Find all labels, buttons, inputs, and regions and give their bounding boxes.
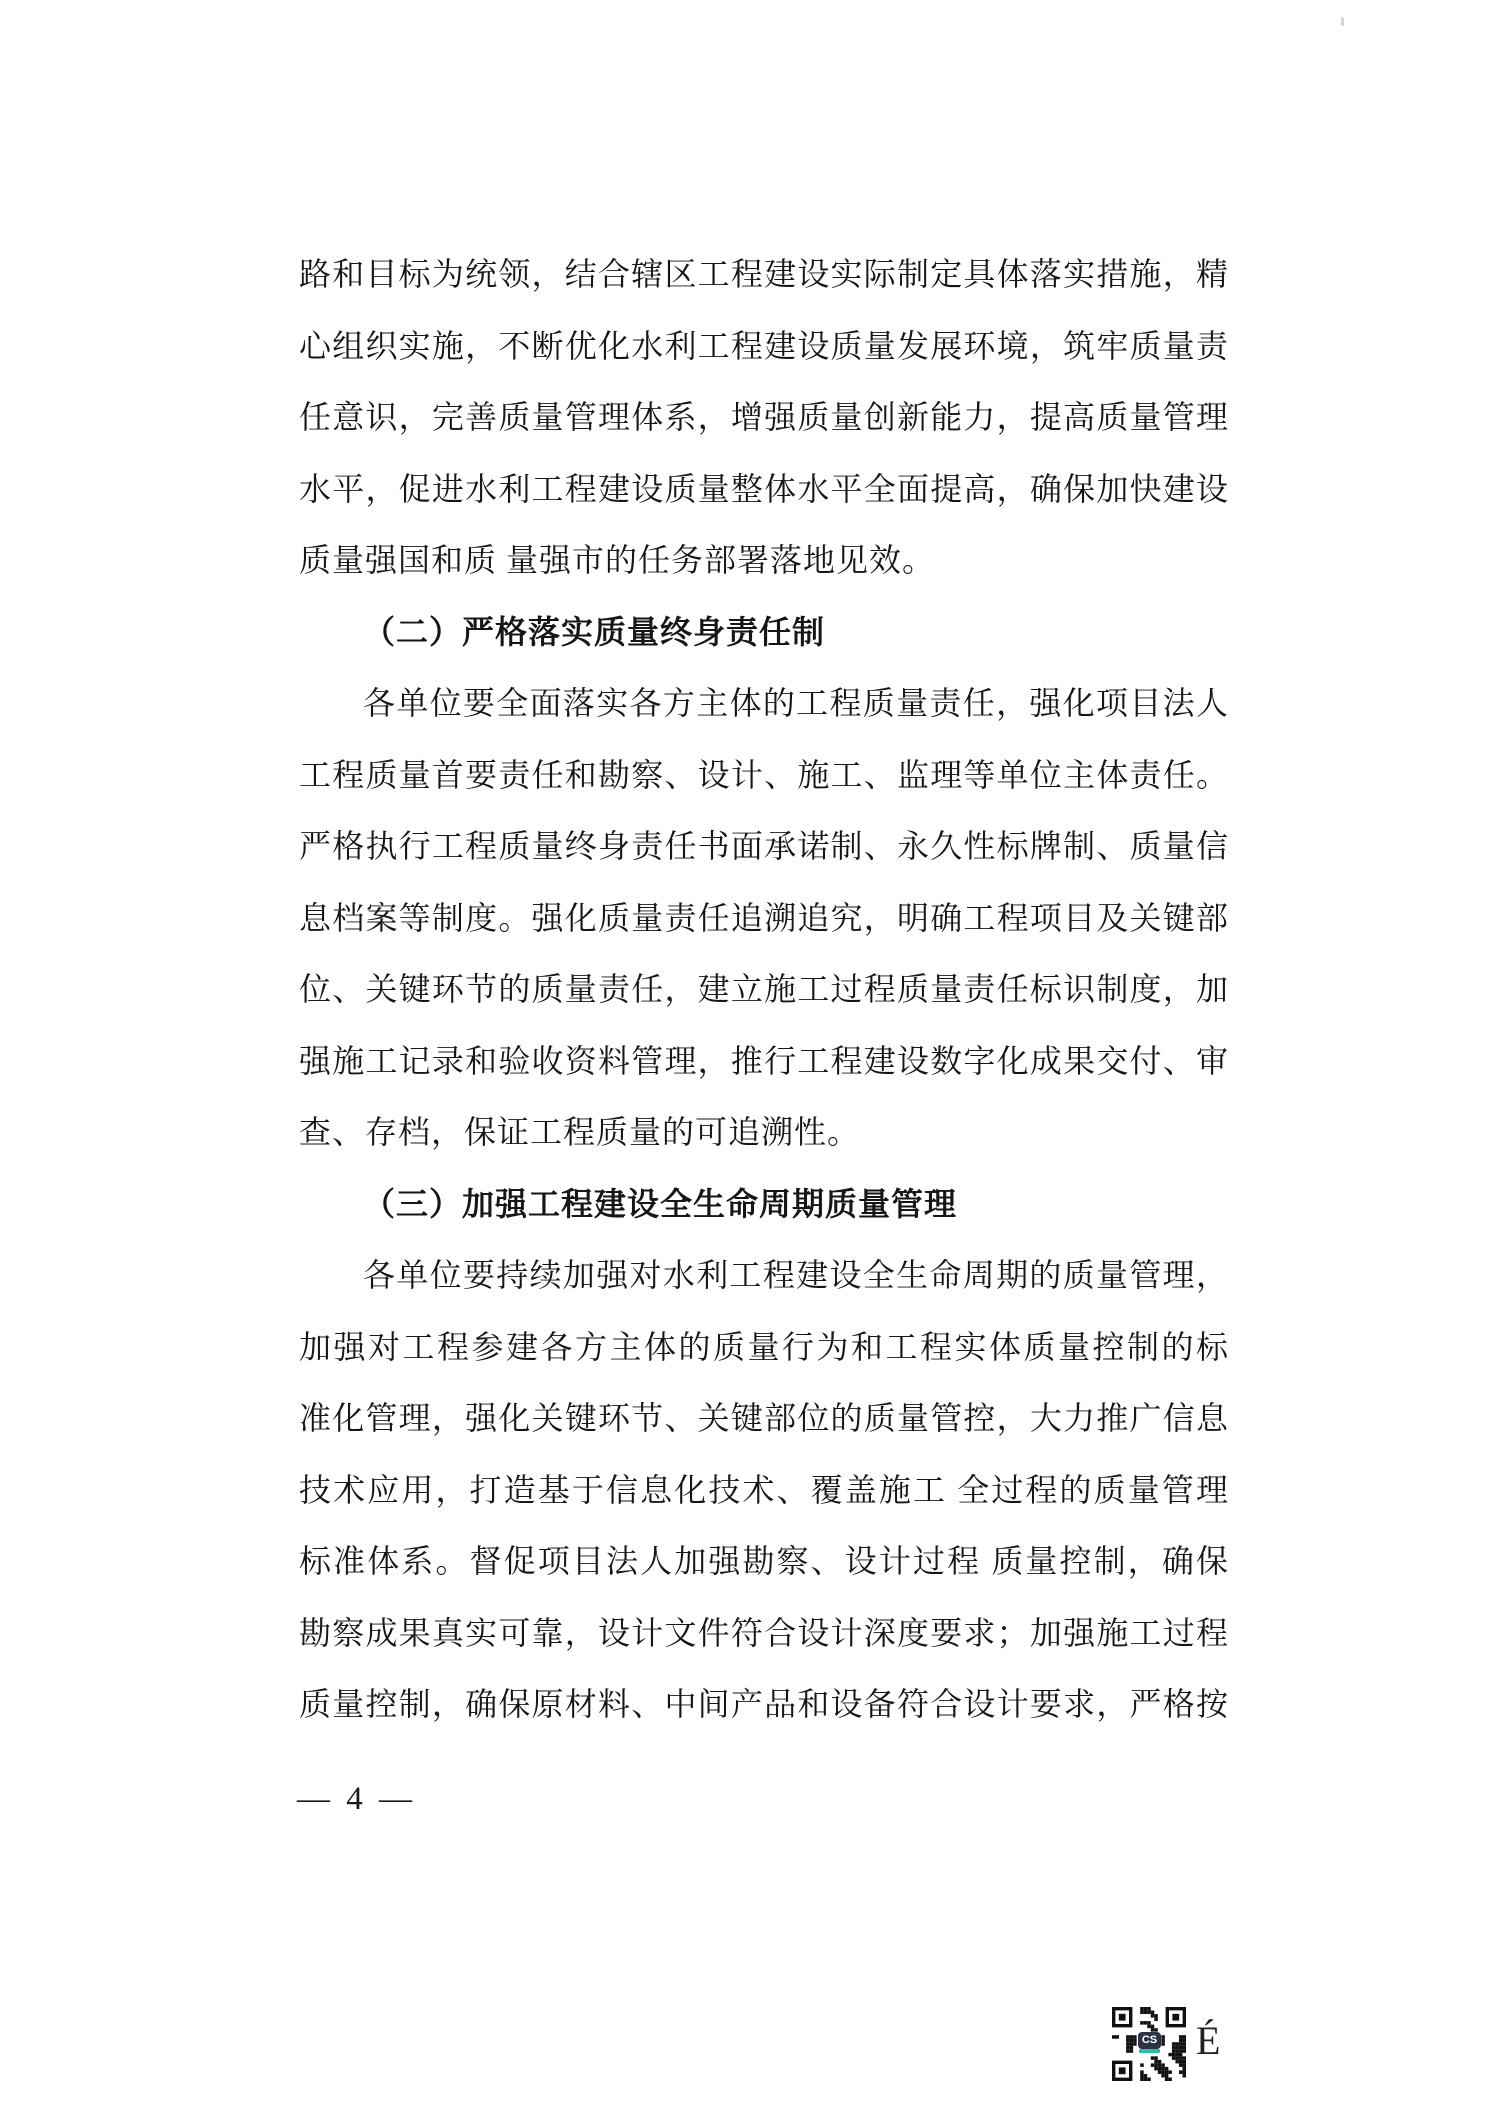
page-number: — 4 — [297,1769,416,1829]
text-line: 加强对工程参建各方主体的质量行为和工程实体质量控制的标 [299,1312,1229,1384]
text-line: 质量强国和质 量强市的任务部署落地见效。 [299,525,1229,597]
text-line: 质量控制，确保原材料、中间产品和设备符合设计要求，严格按 [299,1669,1229,1741]
text-line: 强施工记录和验收资料管理，推行工程建设数字化成果交付、审 [299,1026,1229,1098]
text-line: 标准体系。督促项目法人加强勘察、设计过程 质量控制，确保 [299,1526,1229,1598]
text-line: 路和目标为统领，结合辖区工程建设实际制定具体落实措施，精 [299,239,1229,311]
text-line: 心组织实施，不断优化水利工程建设质量发展环境，筑牢质量责 [299,311,1229,383]
text-line: 任意识，完善质量管理体系，增强质量创新能力，提高质量管理 [299,382,1229,454]
text-line: 各单位要持续加强对水利工程建设全生命周期的质量管理， [299,1240,1229,1312]
text-line: 位、关键环节的质量责任，建立施工过程质量责任标识制度，加 [299,954,1229,1026]
document-page: 路和目标为统领，结合辖区工程建设实际制定具体落实措施，精心组织实施，不断优化水利… [0,0,1487,2105]
text-line: 勘察成果真实可靠，设计文件符合设计深度要求；加强施工过程 [299,1598,1229,1670]
watermark-character: É [1196,2018,1220,2064]
qr-code: CS [1112,2007,1186,2081]
text-line: 息档案等制度。强化质量责任追溯追究，明确工程项目及关键部 [299,883,1229,955]
text-line: 工程质量首要责任和勘察、设计、施工、监理等单位主体责任。 [299,740,1229,812]
qr-center-badge: CS [1138,2032,1161,2049]
text-line: 查、存档，保证工程质量的可追溯性。 [299,1097,1229,1169]
section-heading: （二）严格落实质量终身责任制 [299,597,1229,669]
document-text: 路和目标为统领，结合辖区工程建设实际制定具体落实措施，精心组织实施，不断优化水利… [299,239,1229,1741]
text-line: 技术应用，打造基于信息化技术、覆盖施工 全过程的质量管理 [299,1455,1229,1527]
text-line: 各单位要全面落实各方主体的工程质量责任，强化项目法人 [299,668,1229,740]
text-line: 水平，促进水利工程建设质量整体水平全面提高，确保加快建设 [299,454,1229,526]
text-line: 严格执行工程质量终身责任书面承诺制、永久性标牌制、质量信 [299,811,1229,883]
scan-artifact-dot [1341,17,1344,26]
section-heading: （三）加强工程建设全生命周期质量管理 [299,1169,1229,1241]
text-line: 准化管理，强化关键环节、关键部位的质量管控，大力推广信息 [299,1383,1229,1455]
qr-badge-accent-bar [1139,2049,1160,2053]
